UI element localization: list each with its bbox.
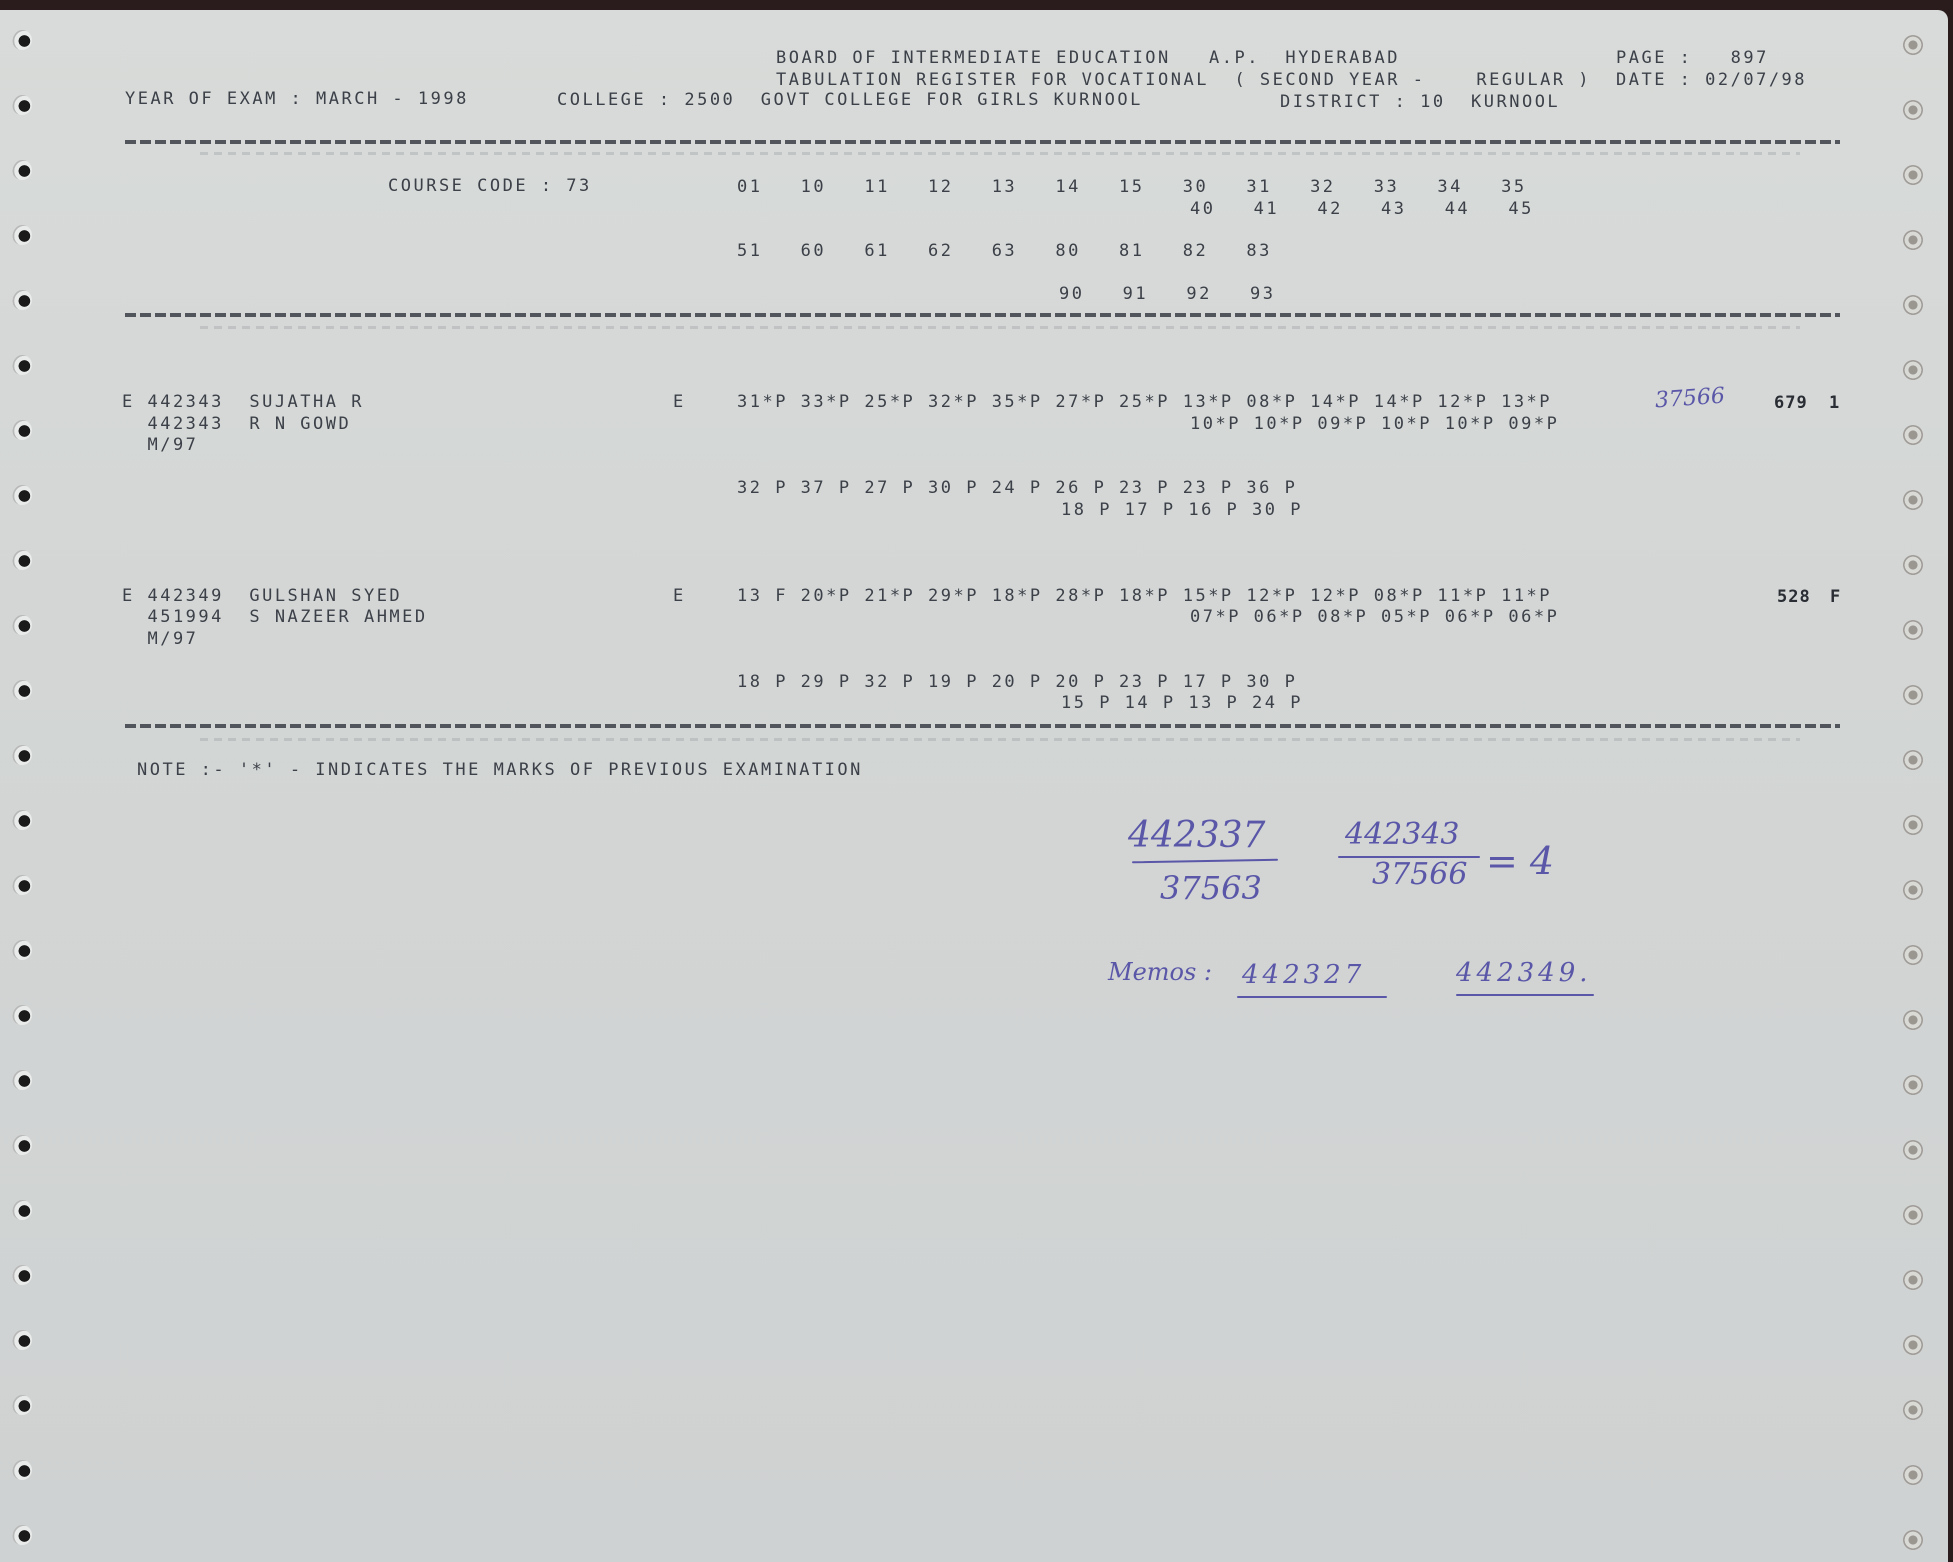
course-code-label: COURSE CODE : 73 [388, 178, 592, 195]
perforation-hole [12, 940, 32, 960]
perforation-hole [1903, 230, 1923, 250]
perforation-hole [12, 1525, 32, 1545]
perforation-hole [12, 875, 32, 895]
perforation-hole [12, 1135, 32, 1155]
medium: E [673, 588, 686, 605]
marks-part-b-row1: 32 P 37 P 27 P 30 P 24 P 26 P 23 P 23 P … [737, 480, 1297, 497]
perforation-hole [12, 1200, 32, 1220]
student-id-name: E 442349 GULSHAN SYED [122, 588, 402, 605]
perforation-hole [12, 95, 32, 115]
perforation-hole [12, 1070, 32, 1090]
ghost-print [200, 326, 1800, 329]
student-regno-father: 451994 S NAZEER AHMED [122, 609, 428, 626]
marks-part-b-row2: 18 P 17 P 16 P 30 P [1061, 502, 1303, 519]
perforation-hole [12, 680, 32, 700]
year-of-exam: YEAR OF EXAM : MARCH - 1998 [125, 91, 469, 108]
perforation-hole [1903, 1140, 1923, 1160]
page-number: PAGE : 897 [1616, 50, 1769, 67]
memo-number-1: 442327 [1242, 962, 1365, 988]
memo-1-underline [1237, 996, 1387, 998]
marks-part-a-row2: 07*P 06*P 08*P 05*P 06*P 06*P [1190, 609, 1559, 626]
perforation-hole [1903, 35, 1923, 55]
ghost-print [200, 152, 1800, 155]
perforation-hole [12, 485, 32, 505]
print-date: DATE : 02/07/98 [1616, 72, 1807, 89]
perforation-hole [1903, 295, 1923, 315]
fraction-2-denominator: 37566 [1372, 860, 1467, 890]
footnote: NOTE :- '*' - INDICATES THE MARKS OF PRE… [137, 762, 863, 779]
perforation-hole [1903, 1075, 1923, 1095]
perforation-hole [1903, 1205, 1923, 1225]
fraction-1-numerator: 442337 [1128, 818, 1265, 854]
marks-part-a-row1: 13 F 20*P 21*P 29*P 18*P 28*P 18*P 15*P … [737, 588, 1552, 605]
perforation-hole [1903, 815, 1923, 835]
total-marks: 679 [1774, 395, 1808, 412]
result: F [1830, 589, 1843, 606]
fraction-2-numerator: 442343 [1345, 820, 1460, 850]
perforation-hole [12, 355, 32, 375]
perforation-hole [12, 1005, 32, 1025]
memo-2-underline [1456, 994, 1594, 996]
handwritten-memo-number: 37566 [1654, 386, 1725, 413]
perforation-hole [1903, 100, 1923, 120]
result: 1 [1829, 395, 1842, 412]
perforation-hole [1903, 880, 1923, 900]
perforation-hole [1903, 1335, 1923, 1355]
district-info: DISTRICT : 10 KURNOOL [1280, 94, 1560, 111]
perforation-hole [12, 1265, 32, 1285]
perforation-hole [12, 745, 32, 765]
ghost-print [200, 738, 1800, 741]
perforation-hole [1903, 620, 1923, 640]
medium: E [673, 394, 686, 411]
separator-line [125, 140, 1840, 144]
perforation-hole [1903, 1465, 1923, 1485]
subject-codes-row-3: 90 91 92 93 [1059, 286, 1276, 303]
subject-codes-row-1b: 40 41 42 43 44 45 [1190, 201, 1534, 218]
total-marks: 528 [1777, 589, 1811, 606]
perforation-hole [1903, 1400, 1923, 1420]
marks-part-a-row1: 31*P 33*P 25*P 32*P 35*P 27*P 25*P 13*P … [737, 394, 1552, 411]
perforation-hole [1903, 425, 1923, 445]
perforation-hole [1903, 1010, 1923, 1030]
perforation-hole [12, 1395, 32, 1415]
perforation-hole [1903, 360, 1923, 380]
separator-line [125, 724, 1840, 728]
college-info: COLLEGE : 2500 GOVT COLLEGE FOR GIRLS KU… [557, 92, 1143, 109]
perforation-hole [1903, 490, 1923, 510]
register-title: TABULATION REGISTER FOR VOCATIONAL ( SEC… [776, 72, 1591, 89]
perforation-hole [12, 810, 32, 830]
perforation-hole [12, 290, 32, 310]
fraction-1-denominator: 37563 [1160, 872, 1262, 904]
memos-label: Memos : [1108, 960, 1212, 984]
perforation-hole [1903, 1530, 1923, 1550]
perforation-hole [12, 30, 32, 50]
perforation-hole [12, 615, 32, 635]
marks-part-b-row2: 15 P 14 P 13 P 24 P [1061, 695, 1303, 712]
memo-number-2: 442349. [1456, 960, 1592, 986]
perforation-hole [12, 1330, 32, 1350]
perforation-hole [12, 550, 32, 570]
perforation-hole [12, 160, 32, 180]
perforation-hole [1903, 1270, 1923, 1290]
marks-part-b-row1: 18 P 29 P 32 P 19 P 20 P 20 P 23 P 17 P … [737, 674, 1297, 691]
separator-line [125, 313, 1840, 317]
student-prev-exam: M/97 [122, 631, 198, 648]
student-id-name: E 442343 SUJATHA R [122, 394, 364, 411]
perforation-hole [1903, 165, 1923, 185]
perforation-hole [1903, 685, 1923, 705]
marks-part-a-row2: 10*P 10*P 09*P 10*P 10*P 09*P [1190, 416, 1559, 433]
perforation-hole [12, 225, 32, 245]
subject-codes-row-2: 51 60 61 62 63 80 81 82 83 [737, 243, 1272, 260]
student-prev-exam: M/97 [122, 437, 198, 454]
perforation-hole [1903, 555, 1923, 575]
perforation-hole [12, 420, 32, 440]
perforation-hole [1903, 945, 1923, 965]
student-regno-father: 442343 R N GOWD [122, 416, 351, 433]
board-title: BOARD OF INTERMEDIATE EDUCATION A.P. HYD… [776, 50, 1400, 67]
perforation-hole [12, 1460, 32, 1480]
subject-codes-row-1: 01 10 11 12 13 14 15 30 31 32 33 34 35 [737, 179, 1527, 196]
ratio-result: = 4 [1486, 842, 1554, 880]
perforation-hole [1903, 750, 1923, 770]
